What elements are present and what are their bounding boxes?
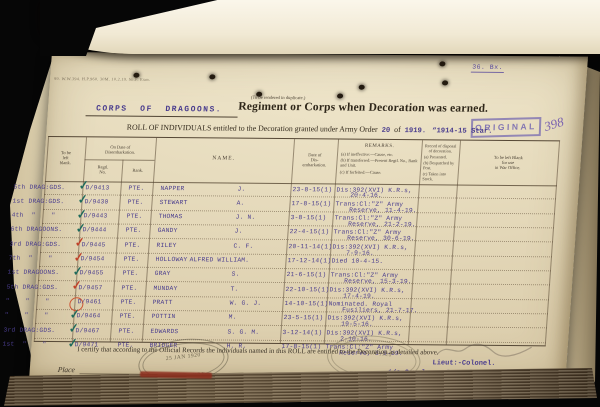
roll-title-of: of <box>394 125 401 134</box>
disembarkation-date-cell: 17-8-15(1) <box>291 200 331 207</box>
forenames-cell: W. G. J. <box>229 300 261 307</box>
regimental-number-cell: D/9464 <box>76 313 100 320</box>
punch-hole <box>359 85 365 90</box>
punch-hole <box>337 93 343 98</box>
disembarkation-date-cell: 20-11-14(1) <box>288 243 332 250</box>
surname-cell: GANDY <box>157 227 177 234</box>
regimental-number-cell: D/9443 <box>83 212 107 219</box>
document-page: 36. Bx. 99. W.W.394. H.P.960. 30M. 10.2.… <box>29 52 588 382</box>
header-remarks-items: (a) If ineffective:—Cause, etc. (b) If t… <box>339 153 419 178</box>
disembarkation-date-cell: 23-8-15(1) <box>292 186 332 193</box>
regiment-caption: Regiment or Corps when Decoration was ea… <box>238 101 489 115</box>
rank-cell: PTE. <box>123 256 139 263</box>
unit-cell: 3rd DRAG:GDS. <box>3 326 55 333</box>
table-rule <box>84 159 154 161</box>
surname-cell: POTTIN <box>151 313 175 320</box>
book-photograph: 36. Bx. 99. W.W.394. H.P.960. 30M. 10.2.… <box>0 0 600 407</box>
unit-cell: 5th DRAG:GDS. <box>13 183 65 190</box>
forenames-cell: J. N. <box>235 214 255 221</box>
stamp-date: 25 JAN 1920 <box>139 349 227 365</box>
printer-code: 99. W.W.394. H.P.960. 30M. 10.2.19. Sh.F… <box>54 76 150 82</box>
surname-cell: STEWART <box>159 199 187 206</box>
forenames-cell: M. <box>228 314 236 321</box>
rank-cell: PTE. <box>119 313 135 320</box>
rank-cell: PTE. <box>120 299 136 306</box>
header-war-office-blank: To be left Blank for use in War Office. <box>458 155 558 171</box>
header-remarks-title: REMARKS. <box>337 143 421 149</box>
header-rule <box>86 115 238 117</box>
rank-cell: PTE. <box>121 284 137 291</box>
surname-cell: PRATT <box>152 299 172 306</box>
disembarkation-date-cell: 22-10-15(1) <box>285 286 329 293</box>
surname-cell: GRAY <box>154 270 170 277</box>
unit-cell: " " " <box>4 312 48 319</box>
unit-cell: 7th " " <box>8 255 52 262</box>
corps-name-typed: CORPS OF DRAGOONS. <box>96 104 223 114</box>
signatory-rank: Lieut:-Colonel. <box>432 359 496 368</box>
rank-cell: PTE. <box>124 241 140 248</box>
header-disembarkation-group: On Date of Disembarkation. <box>85 144 156 155</box>
unit-cell: " " " <box>5 298 49 305</box>
army-order-number: 20 <box>381 127 390 135</box>
roll-title-prefix: ROLL OF INDIVIDUALS entitled to the Deco… <box>126 123 378 134</box>
disembarkation-date-cell: 3-12-14(1) <box>282 329 322 336</box>
header-record-title: Record of disposal of decoration. <box>421 143 460 154</box>
stamp-date: 25 JAN 1920 <box>329 346 421 361</box>
disembarkation-date-cell: 22-4-15(1) <box>289 229 329 236</box>
punch-hole <box>442 80 448 85</box>
header-rank: Rank. <box>122 168 154 173</box>
page-reference: 36. Bx. <box>471 64 504 73</box>
regimental-number-cell: D/9461 <box>77 298 101 305</box>
unit-cell: 1st " " <box>2 341 46 348</box>
forenames-cell: T. <box>230 285 238 292</box>
forenames-cell: S. <box>231 271 239 278</box>
regimental-number-cell: D/9445 <box>81 241 105 248</box>
regimental-number-cell: D/9430 <box>84 198 108 205</box>
surname-cell: MUNDAY <box>153 285 177 292</box>
header-regtl-no: Regtl. No. <box>83 164 122 175</box>
rank-cell: PTE. <box>128 184 144 191</box>
forenames-cell: A. <box>236 199 244 206</box>
header-name: NAME. <box>154 156 292 162</box>
signature <box>435 340 536 361</box>
regimental-number-cell: D/9454 <box>80 255 104 262</box>
rank-cell: PTE. <box>126 213 142 220</box>
disembarkation-date-cell: 3-8-15(1) <box>290 214 326 221</box>
duplicate-note: (To be rendered in duplicate.) <box>251 95 306 100</box>
punch-hole <box>209 74 215 79</box>
unit-cell: 4th " " <box>11 212 55 219</box>
army-order-year: 1919. <box>404 127 426 135</box>
unit-cell: 3rd DRAG:GDS. <box>9 240 61 247</box>
forenames-cell: ALFRED WILLIAM. <box>189 256 249 264</box>
surname-cell: RILEY <box>156 242 176 249</box>
disembarkation-date-cell: 14-10-15(1) <box>284 300 328 307</box>
rank-cell: PTE. <box>127 198 143 205</box>
roll-rows: ✓ 5th DRAG:GDS. D/9413 PTE. NAPPER J. 23… <box>33 181 557 356</box>
remarks-line1-cell: Died 10-4-15. <box>331 258 383 265</box>
forenames-cell: S. G. M. <box>227 328 259 335</box>
roll-table: To be left blank. On Date of Disembarkat… <box>34 136 560 346</box>
rank-cell: PTE. <box>122 270 138 277</box>
header-left-blank: To be left blank. <box>46 150 85 166</box>
unit-cell: 5th DRAG:GDS. <box>6 283 58 290</box>
page-curl <box>40 0 600 54</box>
regimental-number-cell: D/9455 <box>79 270 103 277</box>
forenames-cell: C. F. <box>233 242 253 249</box>
disembarkation-date-cell: 21-6-15(1) <box>286 272 326 279</box>
surname-cell: HOLLOWAY <box>155 256 187 263</box>
surname-cell: NAPPER <box>160 184 184 191</box>
roll-title: ROLL OF INDIVIDUALS entitled to the Deco… <box>126 123 494 136</box>
rank-cell: PTE. <box>118 327 134 334</box>
disembarkation-date-cell: 17-12-14(1) <box>287 257 331 264</box>
place-label: Place <box>57 365 75 374</box>
rank-cell: PTE. <box>125 227 141 234</box>
surname-cell: THOMAS <box>158 213 182 220</box>
unit-cell: 6th DRAGOONS. <box>10 226 62 233</box>
regimental-number-cell: D/9444 <box>82 227 106 234</box>
header-record-items: (a) Presented. (b) Despatched by Post. (… <box>422 155 458 184</box>
unit-cell: 1st DRAG:GDS. <box>12 197 64 204</box>
forenames-cell: J. <box>237 185 245 192</box>
regimental-number-cell: D/9413 <box>85 184 109 191</box>
disembarkation-date-cell: 23-5-15(1) <box>283 314 323 321</box>
forenames-cell: J. <box>234 228 242 235</box>
punch-hole <box>439 61 445 66</box>
unit-cell: 1st DRAGOONS. <box>7 269 59 276</box>
header-date: Date of Dis- embarkation. <box>292 152 337 168</box>
decoration-name: “1914-15 Star. <box>432 127 493 136</box>
regimental-number-cell: D/9457 <box>78 284 102 291</box>
surname-cell: EDWARDS <box>150 328 178 335</box>
regimental-number-cell: D/9467 <box>75 327 99 334</box>
handwritten-sheet-number: 398 <box>543 114 566 135</box>
